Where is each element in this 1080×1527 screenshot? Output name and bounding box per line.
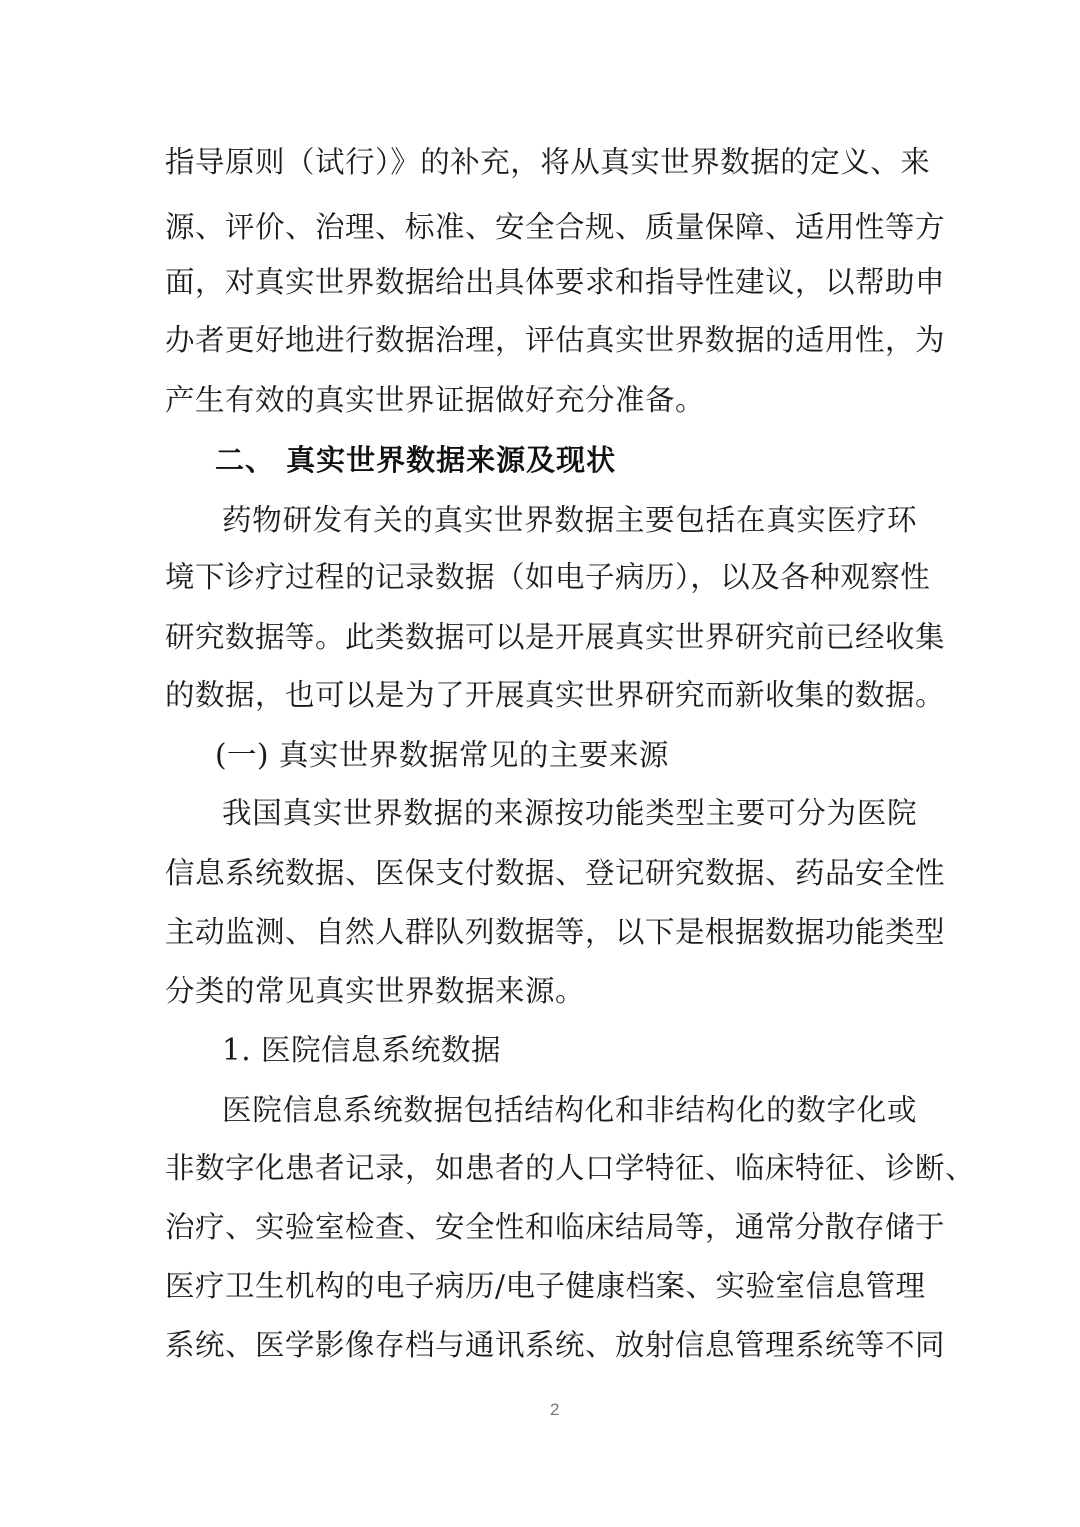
paragraph-line: 面，对真实世界数据给出具体要求和指导性建议，以帮助申 bbox=[165, 262, 917, 302]
paragraph-line: 我国真实世界数据的来源按功能类型主要可分为医院 bbox=[222, 793, 917, 833]
section-heading: 二、 真实世界数据来源及现状 bbox=[215, 440, 616, 480]
paragraph-line: 系统、医学影像存档与通讯系统、放射信息管理系统等不同 bbox=[165, 1325, 917, 1365]
paragraph-line: 医院信息系统数据包括结构化和非结构化的数字化或 bbox=[222, 1090, 917, 1130]
paragraph-line: 主动监测、自然人群队列数据等，以下是根据数据功能类型 bbox=[165, 912, 917, 952]
paragraph-line: 的数据，也可以是为了开展真实世界研究而新收集的数据。 bbox=[165, 675, 917, 715]
paragraph-line: 药物研发有关的真实世界数据主要包括在真实医疗环 bbox=[222, 500, 917, 540]
paragraph-line: 境下诊疗过程的记录数据（如电子病历），以及各种观察性 bbox=[165, 557, 917, 597]
item-heading: 1. 医院信息系统数据 bbox=[222, 1030, 501, 1070]
paragraph-line: 产生有效的真实世界证据做好充分准备。 bbox=[165, 380, 917, 420]
paragraph-line: 源、评价、治理、标准、安全合规、质量保障、适用性等方 bbox=[165, 207, 917, 247]
paragraph-line: 非数字化患者记录，如患者的人口学特征、临床特征、诊断、 bbox=[165, 1148, 917, 1188]
paragraph-line: 治疗、实验室检查、安全性和临床结局等，通常分散存储于 bbox=[165, 1207, 917, 1247]
paragraph-line: 办者更好地进行数据治理，评估真实世界数据的适用性，为 bbox=[165, 320, 917, 360]
subsection-heading: (一) 真实世界数据常见的主要来源 bbox=[215, 735, 669, 775]
paragraph-line: 医疗卫生机构的电子病历/电子健康档案、实验室信息管理 bbox=[165, 1266, 917, 1306]
page-number: 2 bbox=[550, 1400, 559, 1420]
paragraph-line: 信息系统数据、医保支付数据、登记研究数据、药品安全性 bbox=[165, 853, 917, 893]
paragraph-line: 分类的常见真实世界数据来源。 bbox=[165, 971, 917, 1011]
paragraph-line: 指导原则（试行）》的补充，将从真实世界数据的定义、来 bbox=[165, 142, 917, 182]
document-page: 指导原则（试行）》的补充，将从真实世界数据的定义、来 源、评价、治理、标准、安全… bbox=[0, 0, 1080, 1527]
paragraph-line: 研究数据等。此类数据可以是开展真实世界研究前已经收集 bbox=[165, 617, 917, 657]
